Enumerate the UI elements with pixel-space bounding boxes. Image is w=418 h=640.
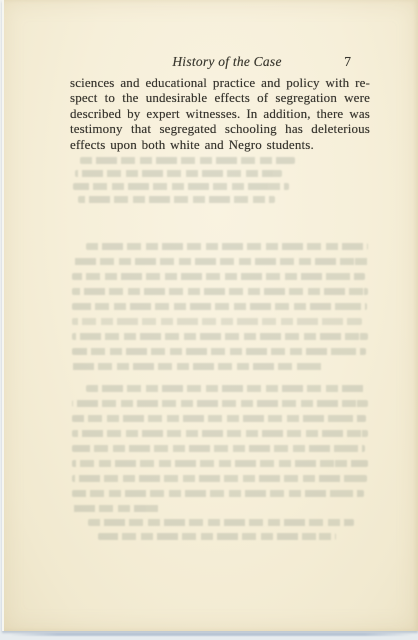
bleedthrough-line (72, 445, 365, 452)
bleedthrough-line (78, 196, 275, 203)
bleedthrough-line (72, 505, 160, 512)
bleedthrough-line (72, 400, 368, 407)
bleedthrough-line (72, 348, 366, 355)
bleedthrough-line (72, 258, 368, 265)
bleedthrough-line (72, 333, 368, 340)
bleedthrough-line (72, 303, 367, 310)
body-line: described by expert witnesses. In additi… (70, 106, 370, 121)
bleedthrough-line (86, 385, 366, 392)
bleedthrough-line (86, 243, 368, 250)
bleedthrough-line (75, 170, 282, 177)
body-paragraph: sciences and educational practice and po… (70, 75, 370, 152)
bleedthrough-line (72, 415, 366, 422)
page-left-edge (2, 0, 4, 631)
running-head-title: History of the Case (76, 54, 378, 70)
bleedthrough-line (98, 533, 336, 540)
bleedthrough-line (72, 318, 362, 325)
bleedthrough-line (72, 273, 365, 280)
bleedthrough-line (72, 475, 367, 482)
page-number: 7 (344, 54, 351, 70)
body-line: effects upon both white and Negro studen… (70, 137, 370, 152)
body-line: spect to the undesirable effects of segr… (70, 90, 370, 105)
bleedthrough-line (88, 519, 354, 526)
bleedthrough-line (72, 490, 364, 497)
bleedthrough-line (72, 460, 368, 467)
bleedthrough-line (80, 157, 295, 164)
bleedthrough-line (72, 363, 324, 370)
scanned-book-page-screenshot: { "document": { "running_head": { "title… (0, 0, 418, 640)
running-head: History of the Case 7 (69, 54, 371, 72)
book-page: History of the Case 7 sciences and educa… (2, 0, 418, 631)
bleedthrough-line (72, 430, 368, 437)
bleedthrough-line (72, 288, 368, 295)
page-bottom-shadow (10, 633, 412, 636)
bleedthrough-line (73, 183, 289, 190)
body-line: sciences and educational practice and po… (70, 75, 370, 90)
body-line: testimony that segregated schooling has … (70, 121, 370, 136)
